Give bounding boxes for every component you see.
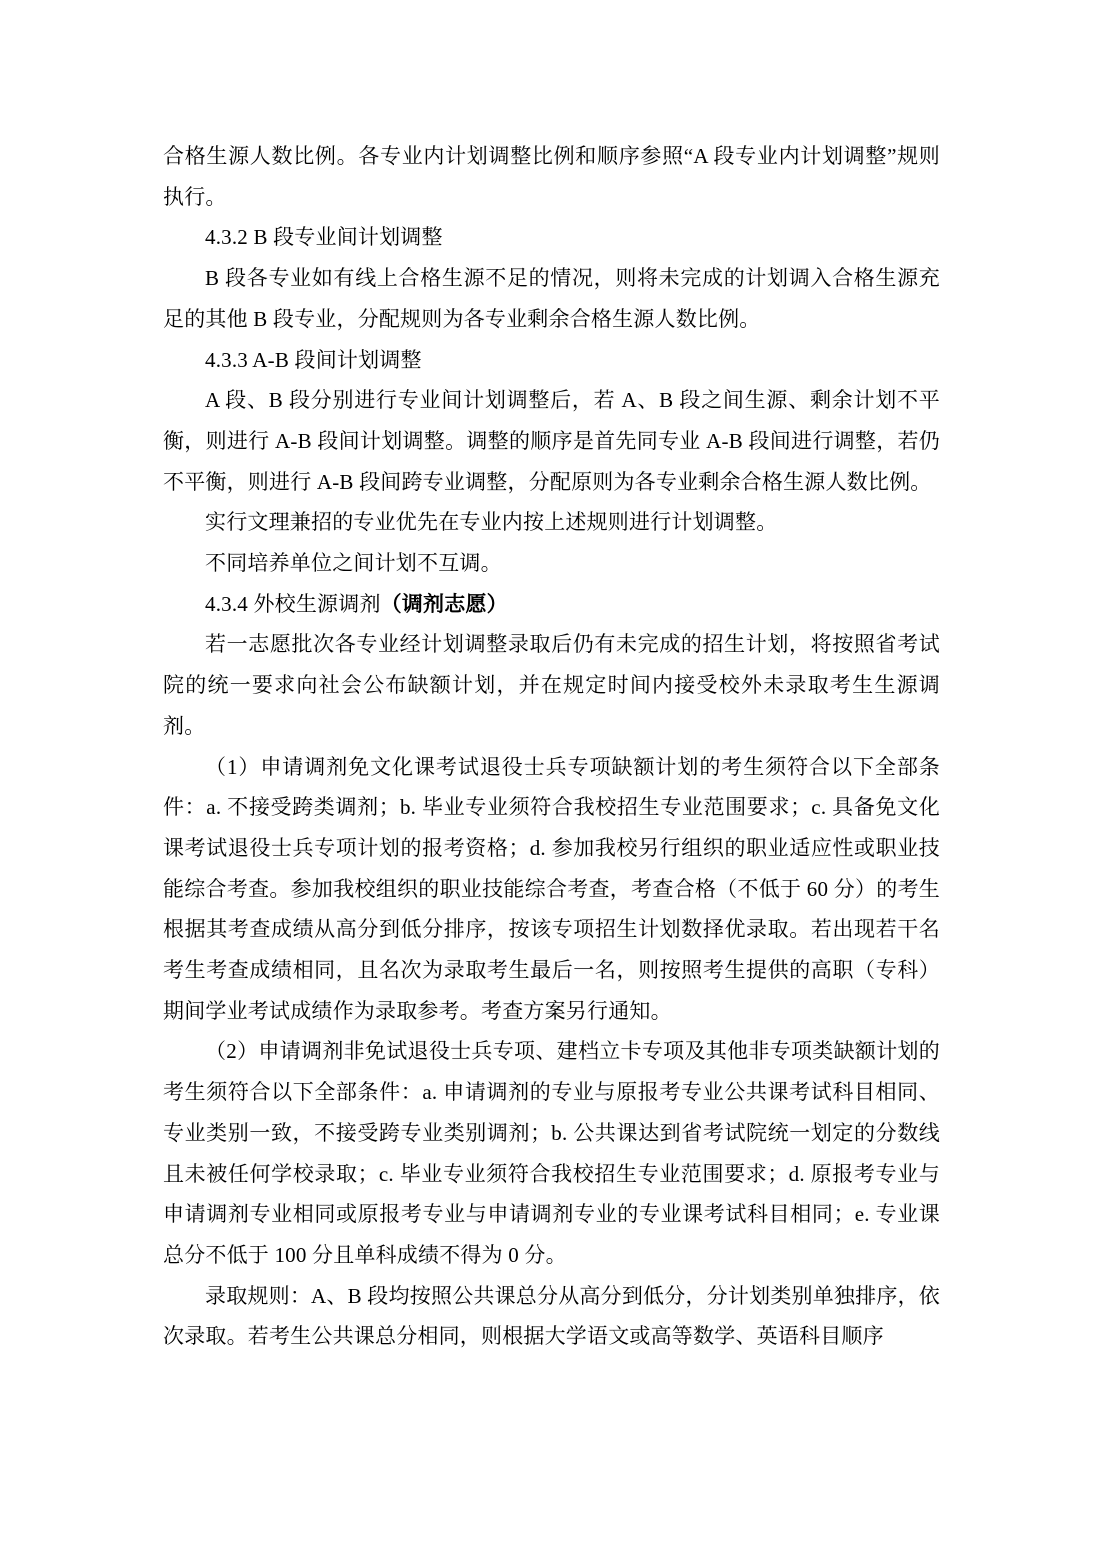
paragraph-admission-rules: 录取规则：A、B 段均按照公共课总分从高分到低分，分计划类别单独排序，依次录取。… <box>163 1276 940 1357</box>
paragraph-item-1-exempt-veterans: （1）申请调剂免文化课考试退役士兵专项缺额计划的考生须符合以下全部条件：a. 不… <box>163 747 940 1032</box>
document-body: 合格生源人数比例。各专业内计划调整比例和顺序参照“A 段专业内计划调整”规则执行… <box>163 136 940 1357</box>
section-heading-4-3-4: 4.3.4 外校生源调剂（调剂志愿） <box>163 584 940 625</box>
heading-bold-text: （调剂志愿） <box>381 592 508 616</box>
paragraph-arts-science-rule: 实行文理兼招的专业优先在专业内按上述规则进行计划调整。 <box>163 502 940 543</box>
paragraph-ab-segment-adjustment: A 段、B 段分别进行专业间计划调整后，若 A、B 段之间生源、剩余计划不平衡，… <box>163 380 940 502</box>
paragraph-item-2-non-exempt: （2）申请调剂非免试退役士兵专项、建档立卡专项及其他非专项类缺额计划的考生须符合… <box>163 1031 940 1275</box>
paragraph-vacancy-plan-announcement: 若一志愿批次各专业经计划调整录取后仍有未完成的招生计划，将按照省考试院的统一要求… <box>163 624 940 746</box>
document-page: 合格生源人数比例。各专业内计划调整比例和顺序参照“A 段专业内计划调整”规则执行… <box>0 0 1102 1559</box>
paragraph-continuation: 合格生源人数比例。各专业内计划调整比例和顺序参照“A 段专业内计划调整”规则执行… <box>163 136 940 217</box>
section-heading-4-3-2: 4.3.2 B 段专业间计划调整 <box>163 217 940 258</box>
paragraph-b-segment-adjustment: B 段各专业如有线上合格生源不足的情况，则将未完成的计划调入合格生源充足的其他 … <box>163 258 940 339</box>
paragraph-no-cross-unit-transfer: 不同培养单位之间计划不互调。 <box>163 543 940 584</box>
section-heading-4-3-3: 4.3.3 A-B 段间计划调整 <box>163 340 940 381</box>
heading-regular-text: 4.3.4 外校生源调剂 <box>205 592 381 616</box>
